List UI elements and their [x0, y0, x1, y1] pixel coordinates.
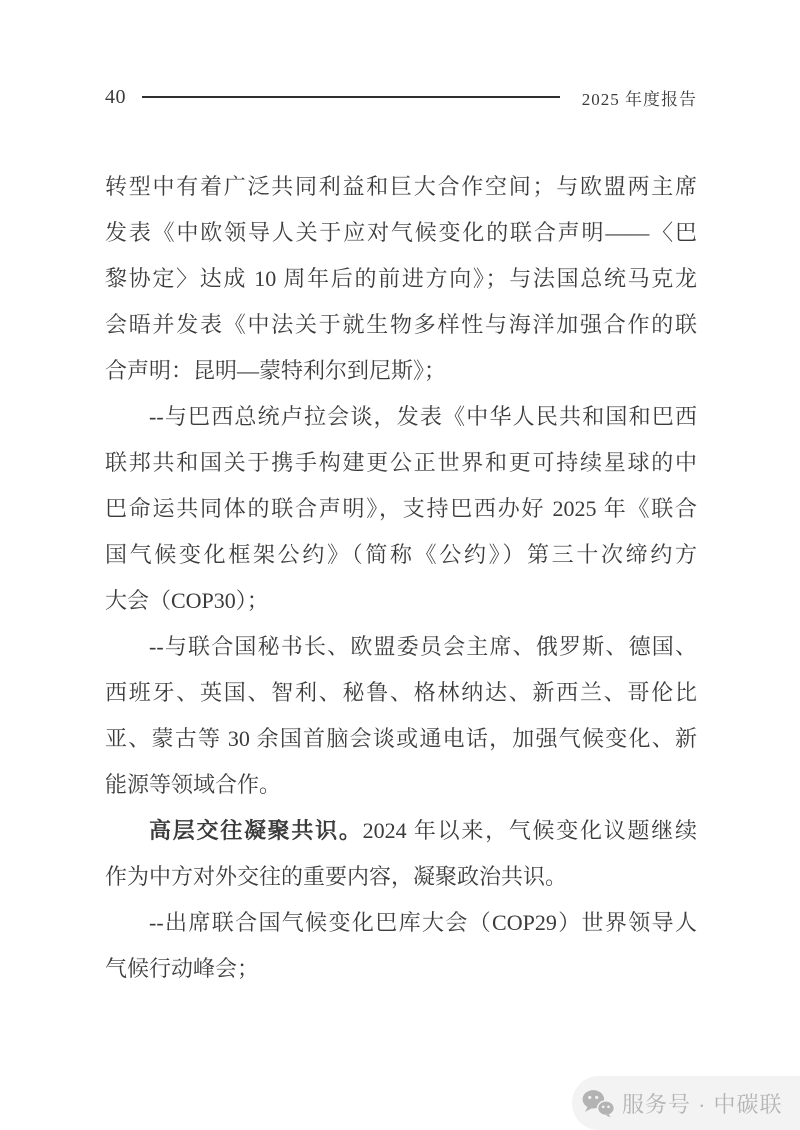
text-line: 巴命运共同体的联合声明》，支持巴西办好 2025 年《联合	[105, 486, 697, 532]
text-line: 联邦共和国关于携手构建更公正世界和更可持续星球的中	[105, 440, 697, 486]
text-line: 发表《中欧领导人关于应对气候变化的联合声明——〈巴	[105, 210, 697, 256]
text-line: 黎协定〉达成 10 周年后的前进方向》；与法国总统马克龙	[105, 256, 697, 302]
report-title: 2025 年度报告	[582, 85, 697, 110]
text-line: 会晤并发表《中法关于就生物多样性与海洋加强合作的联	[105, 302, 697, 348]
text-line: 高层交往凝聚共识。2024 年以来，气候变化议题继续	[105, 808, 697, 854]
text-line: --出席联合国气候变化巴库大会（COP29）世界领导人	[105, 900, 697, 946]
header-rule	[142, 96, 560, 98]
document-page: 40 2025 年度报告 转型中有着广泛共同利益和巨大合作空间；与欧盟两主席 发…	[0, 0, 800, 1130]
text-line: 气候行动峰会；	[105, 946, 697, 992]
page-number: 40	[105, 86, 126, 109]
text-line: 西班牙、英国、智利、秘鲁、格林纳达、新西兰、哥伦比	[105, 670, 697, 716]
watermark-label: 服务号 · 中碳联	[622, 1088, 783, 1119]
text-line: 大会（COP30）；	[105, 578, 697, 624]
wechat-icon	[581, 1089, 615, 1118]
text-line: 转型中有着广泛共同利益和巨大合作空间；与欧盟两主席	[105, 164, 697, 210]
text-line: --与巴西总统卢拉会谈，发表《中华人民共和国和巴西	[105, 394, 697, 440]
wechat-watermark-badge: 服务号 · 中碳联	[572, 1076, 800, 1130]
page-header: 40 2025 年度报告	[105, 84, 697, 110]
text-line: 亚、蒙古等 30 余国首脑会谈或通电话，加强气候变化、新	[105, 716, 697, 762]
text-line: 合声明：昆明—蒙特利尔到尼斯》；	[105, 348, 697, 394]
body-text-block: 转型中有着广泛共同利益和巨大合作空间；与欧盟两主席 发表《中欧领导人关于应对气候…	[105, 164, 697, 992]
text-line: 国气候变化框架公约》（简称《公约》）第三十次缔约方	[105, 532, 697, 578]
text-line: 作为中方对外交往的重要内容，凝聚政治共识。	[105, 854, 697, 900]
text-line: 能源等领域合作。	[105, 762, 697, 808]
text-line: --与联合国秘书长、欧盟委员会主席、俄罗斯、德国、	[105, 624, 697, 670]
